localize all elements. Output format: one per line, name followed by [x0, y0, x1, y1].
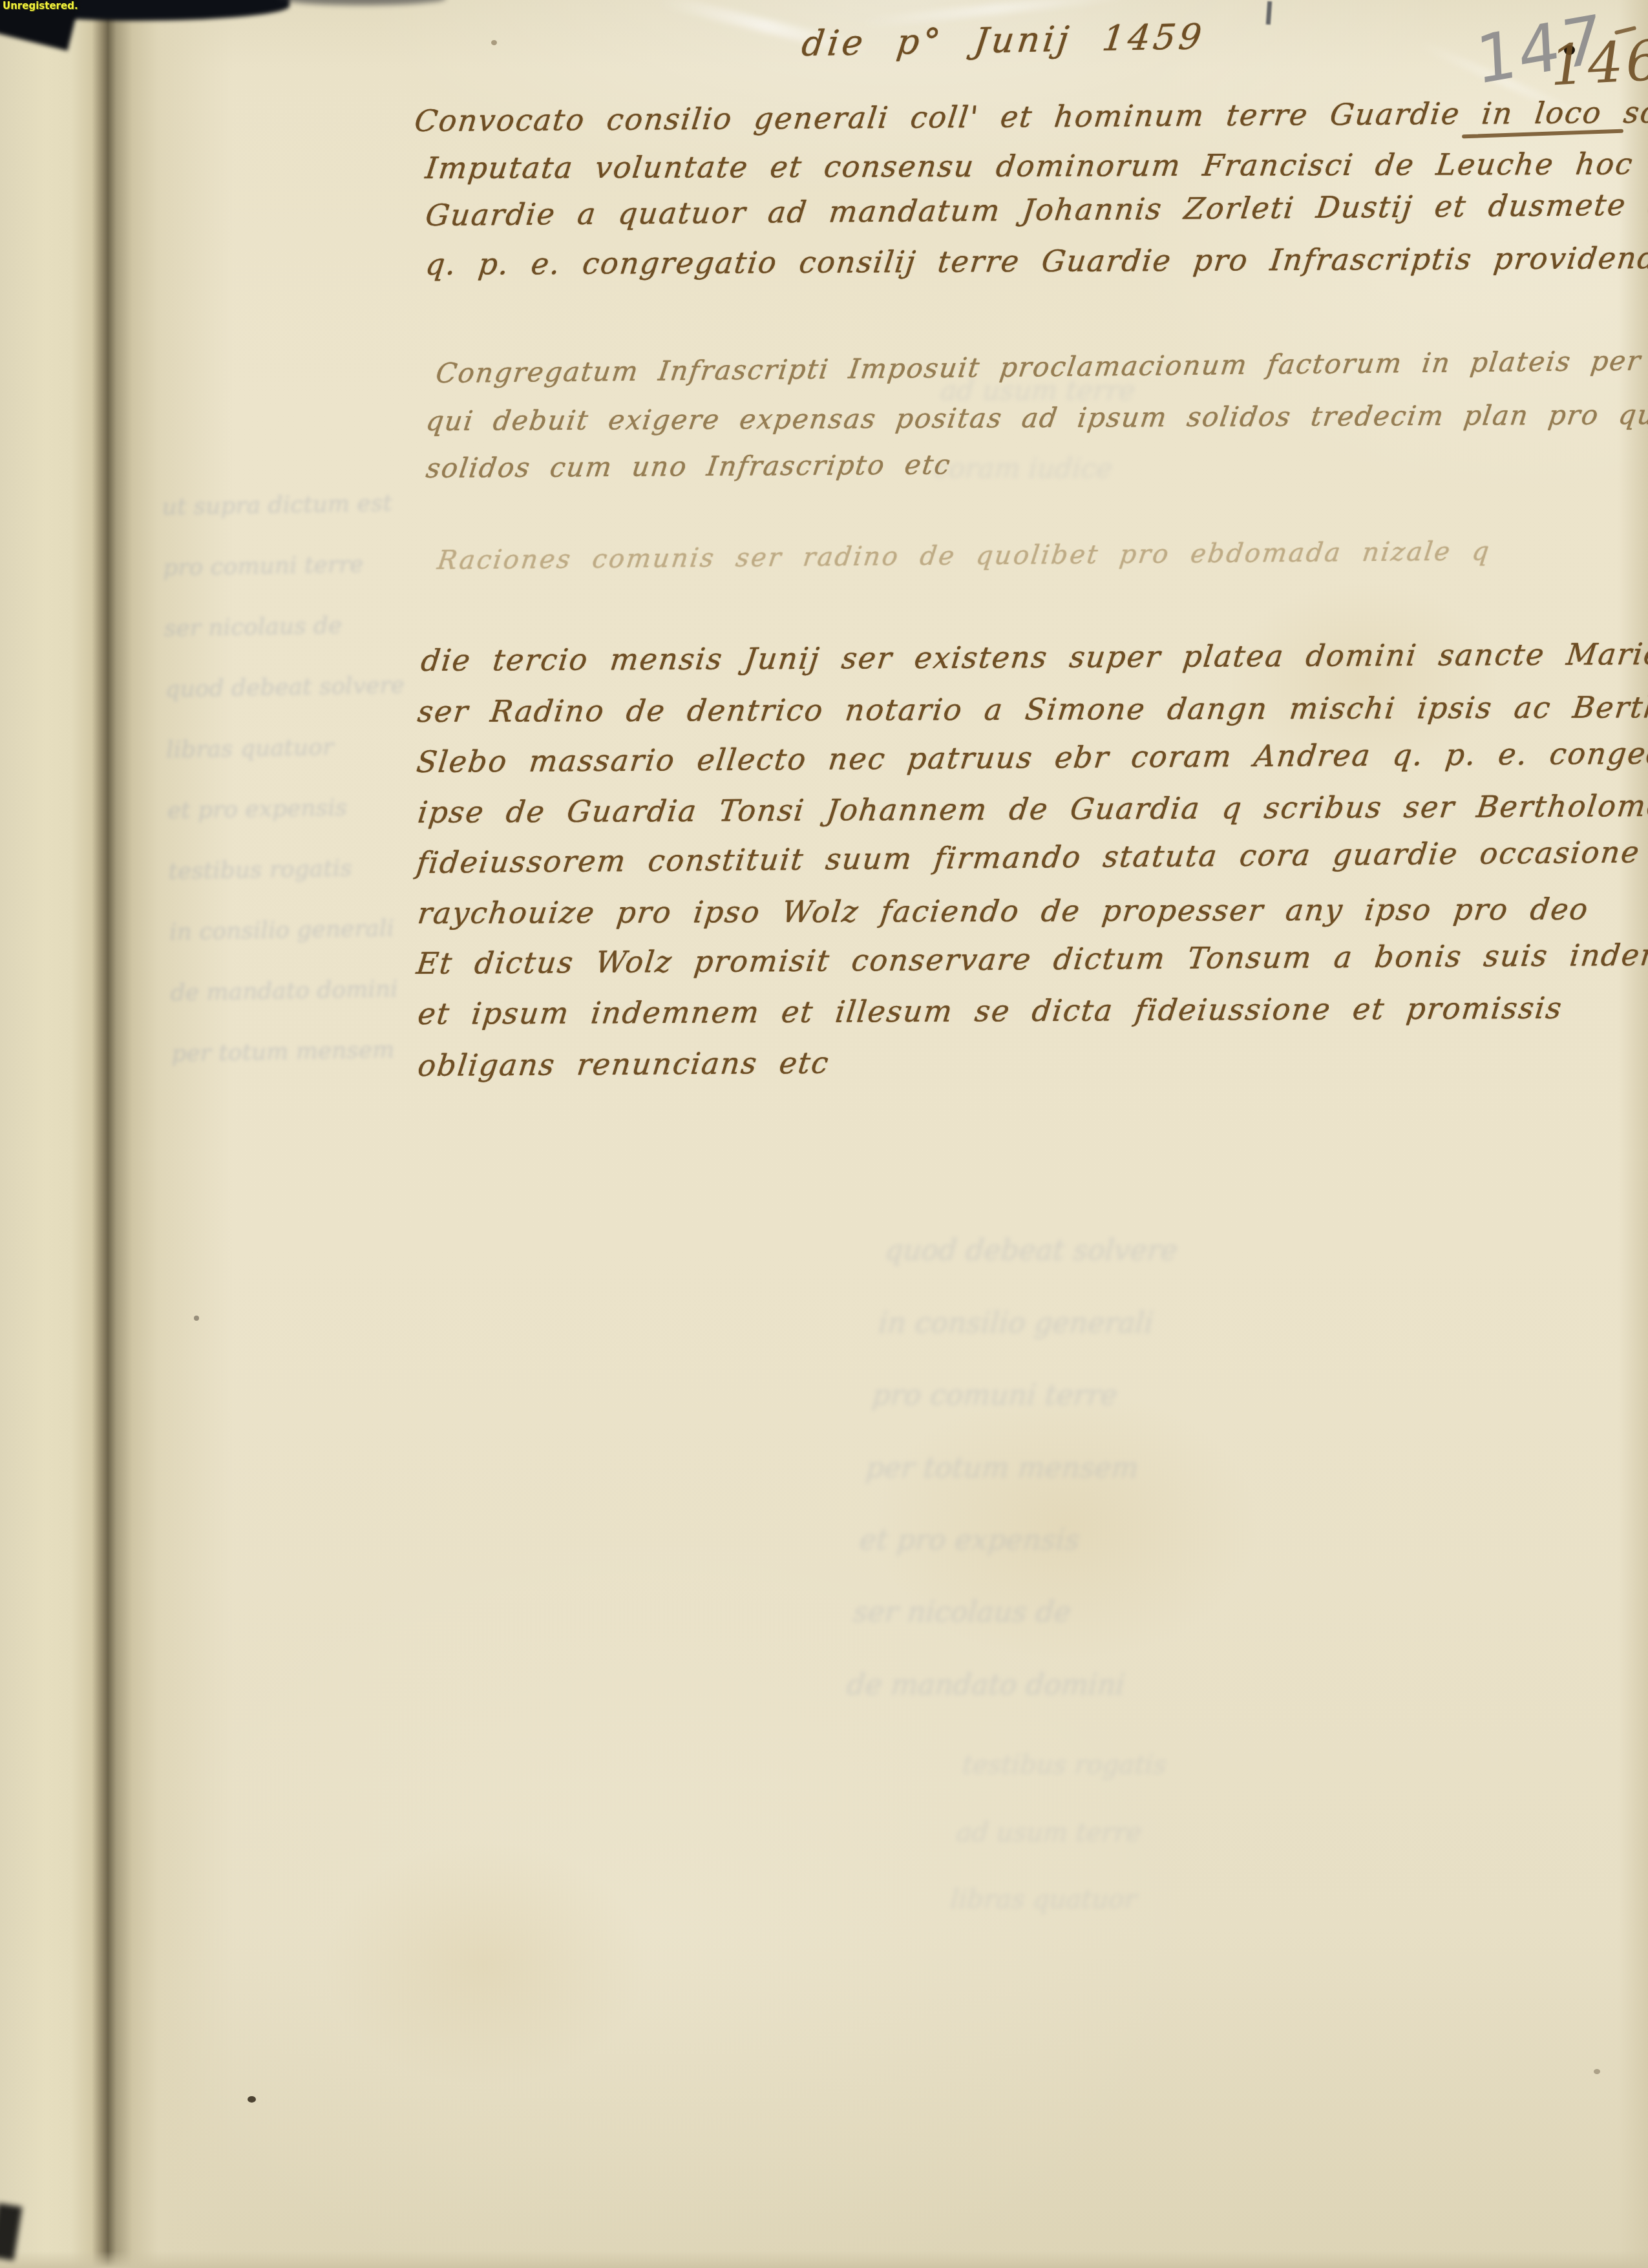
entry1-line: Imputata voluntate et consensu dominorum… [424, 146, 1648, 185]
entry3-line: ipse de Guardia Tonsi Johannem de Guardi… [416, 788, 1648, 830]
manuscript-page: Unregistered. 147 146 ut supra dictum es… [0, 0, 1648, 2268]
entry2-line: Congregatum Infrascripti Imposuit procla… [434, 341, 1648, 389]
entry1-line: q. p. e. congregatio consilij terre Guar… [424, 240, 1648, 282]
entry2-line: qui debuit exigere expensas positas ad i… [424, 398, 1648, 437]
scan-edge-mark [1266, 1, 1272, 25]
entry3-line: Slebo massario ellecto nec patruus ebr c… [415, 735, 1648, 779]
previous-page-edge [0, 0, 233, 2268]
ink-speck [248, 2096, 256, 2103]
show-through-text: quod debeat solverein consilio generali … [844, 1215, 1181, 1721]
entry3-line: Et dictus Wolz promisit conservare dictu… [415, 936, 1648, 981]
entry3-line: fideiussorem constituit suum firmando st… [415, 834, 1648, 880]
entry3-line: die tercio mensis Junij ser existens sup… [419, 634, 1648, 678]
show-through-text: testibus rogatisad usum terre libras qua… [947, 1732, 1169, 1933]
entry3-line: obligans renuncians etc [416, 1045, 832, 1083]
entry3-line: ser Radino de dentrico notario a Simone … [416, 689, 1648, 729]
entry3-line: raychouize pro ipso Wolz faciendo de pro… [416, 892, 1591, 930]
ink-speck [491, 40, 497, 45]
scanner-watermark: Unregistered. [3, 0, 78, 12]
bottom-scan-shading [0, 2251, 1648, 2268]
paper-stain [323, 1842, 646, 2087]
entry3-line: et ipsum indemnem et illesum se dicta fi… [416, 991, 1565, 1031]
dark-scan-edge-right [278, 0, 446, 5]
ink-speck [194, 1316, 199, 1321]
show-through-text: ut supra dictum estpro comuni terre ser … [162, 473, 412, 1084]
marginal-note-line: Raciones comunis ser radino de quolibet … [436, 537, 1493, 576]
folio-number-ink: 146 [1548, 28, 1648, 98]
entry2-line: solidos cum uno Infrascripto etc [424, 448, 953, 484]
right-scan-shading [1618, 0, 1648, 2268]
entry1-line: Convocato consilio generali coll' et hom… [413, 92, 1648, 138]
ink-speck [1594, 2069, 1600, 2074]
entry1-line: Guardie a quatuor ad mandatum Johannis Z… [424, 185, 1648, 233]
date-heading: die p° Junij 1459 [799, 16, 1207, 64]
